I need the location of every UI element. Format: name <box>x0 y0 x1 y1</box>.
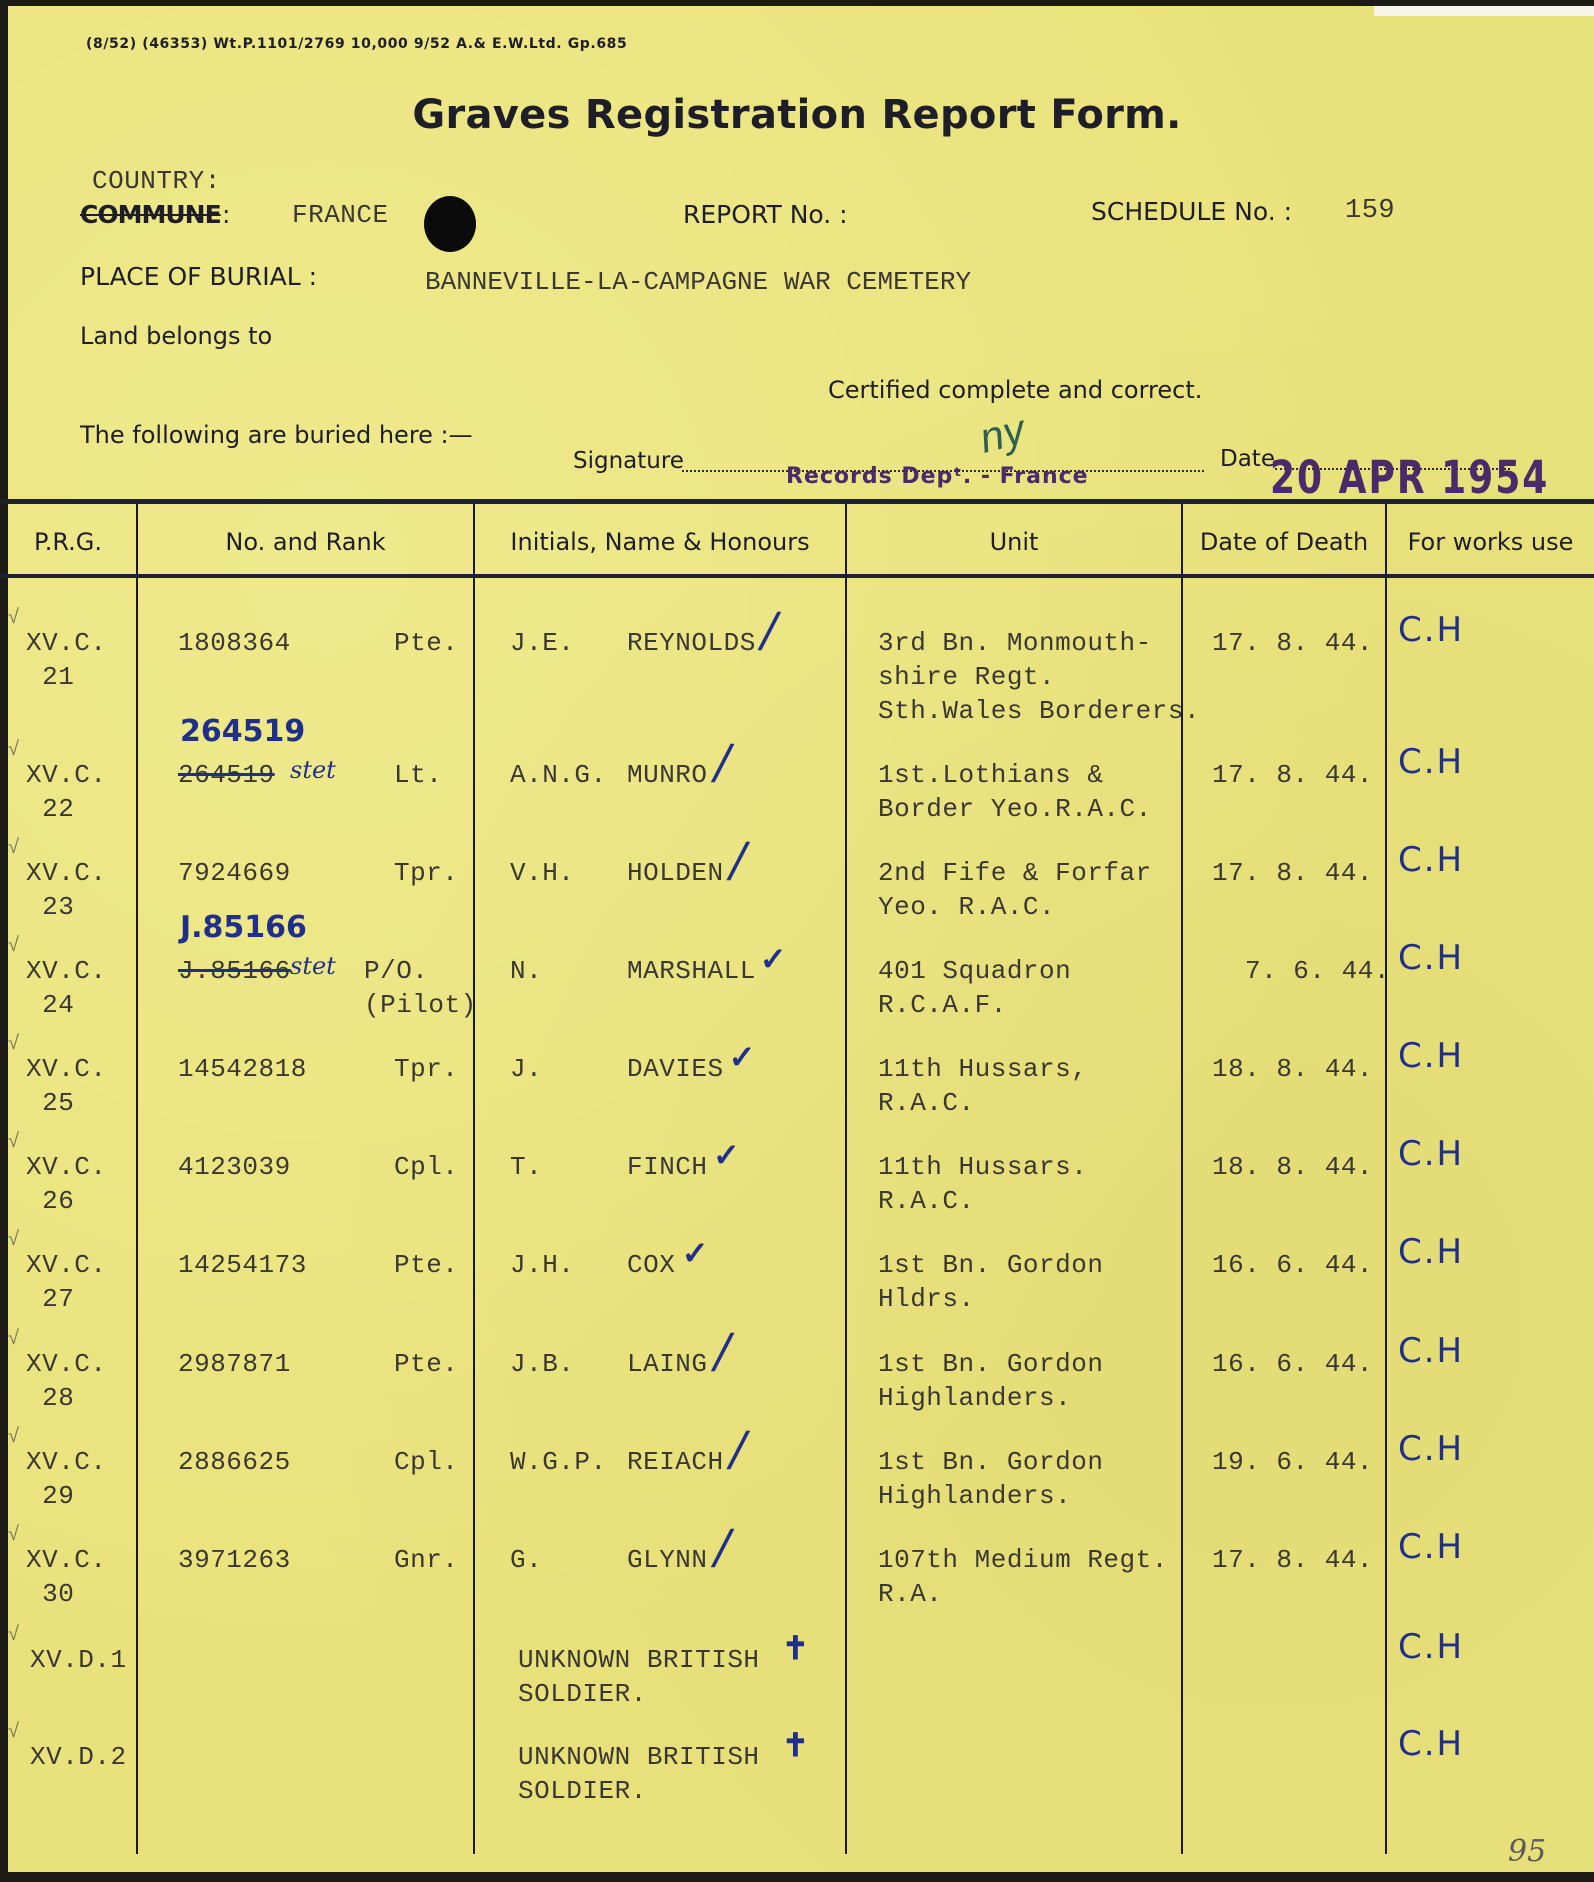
rank: Lt. <box>394 758 442 792</box>
header-prg: P.R.G. <box>0 528 136 556</box>
prg-cell: XV.C. 24 <box>26 954 107 1022</box>
works-use-initials: C.H <box>1398 1036 1464 1076</box>
surname: COX <box>627 1248 675 1282</box>
rank: Tpr. <box>394 1052 458 1086</box>
verified-check-icon: ╱ <box>729 1431 748 1469</box>
verified-check-icon: ✓ <box>760 940 787 978</box>
rank: P/O. (Pilot) <box>364 954 477 1022</box>
works-use-initials: C.H <box>1398 1232 1464 1272</box>
service-number: 3971263 <box>178 1543 291 1577</box>
unit: 11th Hussars, R.A.C. <box>878 1052 1087 1120</box>
initials: V.H. <box>510 856 574 890</box>
works-use-initials: C.H <box>1398 938 1464 978</box>
works-use-initials: C.H <box>1398 840 1464 880</box>
unit: 1st Bn. Gordon Hldrs. <box>878 1248 1103 1316</box>
column-divider <box>136 504 138 1854</box>
verified-check-icon: ╱ <box>760 612 779 650</box>
unit: 2nd Fife & Forfar Yeo. R.A.C. <box>878 856 1152 924</box>
country-label: COUNTRY: <box>92 166 221 196</box>
verified-check-icon: ✝ <box>782 1726 809 1764</box>
date-stamp: 20 APR 1954 <box>1270 453 1549 504</box>
country-value: FRANCE <box>292 200 389 230</box>
column-divider <box>473 504 475 1854</box>
unit: 11th Hussars. R.A.C. <box>878 1150 1087 1218</box>
paper-corner <box>1374 6 1594 16</box>
prg-cell: XV.C. 29 <box>26 1445 107 1513</box>
number-correction: 264519 <box>180 714 305 749</box>
works-use-initials: C.H <box>1398 1429 1464 1469</box>
surname: REIACH <box>627 1445 724 1479</box>
date-of-death: 16. 6. 44. <box>1212 1248 1373 1282</box>
service-number-struck: J.85166 <box>178 954 291 988</box>
verified-check-icon: ╱ <box>713 1529 732 1567</box>
date-of-death: 18. 8. 44. <box>1212 1150 1373 1184</box>
service-number: 1808364 <box>178 626 291 660</box>
row-tick-mark: √ <box>8 1623 19 1646</box>
initials: J.B. <box>510 1347 574 1381</box>
surname: LAING <box>627 1347 708 1381</box>
row-tick-mark: √ <box>8 1425 19 1448</box>
verified-check-icon: ✓ <box>729 1038 756 1076</box>
date-of-death: 17. 8. 44. <box>1212 856 1373 890</box>
rank: Cpl. <box>394 1150 458 1184</box>
buried-here-label: The following are buried here :— <box>80 421 473 449</box>
surname: UNKNOWN BRITISH SOLDIER. <box>518 1740 760 1808</box>
report-no-label: REPORT No. : <box>683 200 848 229</box>
initials: A.N.G. <box>510 758 607 792</box>
initials: W.G.P. <box>510 1445 607 1479</box>
printer-reference: (8/52) (46353) Wt.P.1101/2769 10,000 9/5… <box>86 36 627 52</box>
header-unit: Unit <box>847 528 1181 556</box>
commune-colon: : <box>222 200 230 229</box>
service-number: 14254173 <box>178 1248 307 1282</box>
header-works-use: For works use <box>1387 528 1594 556</box>
initials: N. <box>510 954 542 988</box>
paper-bottom-edge <box>0 1872 1594 1882</box>
header-name-honours: Initials, Name & Honours <box>475 528 845 556</box>
prg-cell: XV.C. 21 <box>26 626 107 694</box>
column-divider <box>845 504 847 1854</box>
unit: 401 Squadron R.C.A.F. <box>878 954 1071 1022</box>
date-of-death: 18. 8. 44. <box>1212 1052 1373 1086</box>
unit: 1st Bn. Gordon Highlanders. <box>878 1347 1103 1415</box>
works-use-initials: C.H <box>1398 1134 1464 1174</box>
verified-check-icon: ╱ <box>713 1333 732 1371</box>
row-tick-mark: √ <box>8 1720 19 1743</box>
records-dept-stamp: Records Depᵗ. - France <box>786 464 1089 489</box>
stet-note: stet <box>290 756 336 784</box>
service-number: 14542818 <box>178 1052 307 1086</box>
surname: HOLDEN <box>627 856 724 890</box>
service-number: 2886625 <box>178 1445 291 1479</box>
row-tick-mark: √ <box>8 1228 19 1251</box>
row-tick-mark: √ <box>8 738 19 761</box>
verified-check-icon: ╱ <box>729 842 748 880</box>
stet-note: stet <box>290 952 336 980</box>
date-of-death: 7. 6. 44. <box>1245 954 1390 988</box>
number-correction: J.85166 <box>180 910 307 945</box>
table-header-rule <box>0 574 1594 578</box>
row-tick-mark: √ <box>8 836 19 859</box>
surname: FINCH <box>627 1150 708 1184</box>
unit: 3rd Bn. Monmouth- shire Regt. Sth.Wales … <box>878 626 1200 728</box>
initials: J.H. <box>510 1248 574 1282</box>
works-use-initials: C.H <box>1398 1724 1464 1764</box>
unit: 107th Medium Regt. R.A. <box>878 1543 1168 1611</box>
date-of-death: 19. 6. 44. <box>1212 1445 1373 1479</box>
prg-cell: XV.C. 22 <box>26 758 107 826</box>
surname: MARSHALL <box>627 954 756 988</box>
table-top-rule <box>0 499 1594 504</box>
row-tick-mark: √ <box>8 1032 19 1055</box>
prg-cell: XV.C. 23 <box>26 856 107 924</box>
initials: J. <box>510 1052 542 1086</box>
punch-hole <box>424 196 476 252</box>
service-number-struck: 264519 <box>178 758 275 792</box>
page-title: Graves Registration Report Form. <box>0 92 1594 138</box>
works-use-initials: C.H <box>1398 610 1464 650</box>
prg-cell: XV.C. 25 <box>26 1052 107 1120</box>
verified-check-icon: ✓ <box>682 1234 709 1272</box>
service-number: 7924669 <box>178 856 291 890</box>
certified-statement: Certified complete and correct. <box>828 376 1202 404</box>
surname: DAVIES <box>627 1052 724 1086</box>
surname: MUNRO <box>627 758 708 792</box>
prg-cell: XV.C. 28 <box>26 1347 107 1415</box>
verified-check-icon: ╱ <box>713 744 732 782</box>
row-tick-mark: √ <box>8 934 19 957</box>
works-use-initials: C.H <box>1398 1627 1464 1667</box>
signature-label: Signature <box>573 448 684 474</box>
header-number-rank: No. and Rank <box>138 528 473 556</box>
rank: Tpr. <box>394 856 458 890</box>
row-tick-mark: √ <box>8 1523 19 1546</box>
surname: REYNOLDS <box>627 626 756 660</box>
surname: GLYNN <box>627 1543 708 1577</box>
page-number: 95 <box>1508 1834 1546 1869</box>
initials: J.E. <box>510 626 574 660</box>
date-of-death: 16. 6. 44. <box>1212 1347 1373 1381</box>
date-label: Date <box>1220 446 1275 472</box>
works-use-initials: C.H <box>1398 742 1464 782</box>
row-tick-mark: √ <box>8 606 19 629</box>
surname: UNKNOWN BRITISH SOLDIER. <box>518 1643 760 1711</box>
unit: 1st.Lothians & Border Yeo.R.A.C. <box>878 758 1152 826</box>
land-belongs-label: Land belongs to <box>80 322 272 350</box>
prg-cell: XV.C. 27 <box>26 1248 107 1316</box>
rank: Cpl. <box>394 1445 458 1479</box>
initials: G. <box>510 1543 542 1577</box>
place-of-burial-value: BANNEVILLE-LA-CAMPAGNE WAR CEMETERY <box>425 267 971 297</box>
date-of-death: 17. 8. 44. <box>1212 758 1373 792</box>
rank: Pte. <box>394 1347 458 1381</box>
rank: Gnr. <box>394 1543 458 1577</box>
header-date-of-death: Date of Death <box>1183 528 1385 556</box>
service-number: 2987871 <box>178 1347 291 1381</box>
prg-cell: XV.C. 26 <box>26 1150 107 1218</box>
commune-label: COMMUNE <box>80 200 221 229</box>
date-of-death: 17. 8. 44. <box>1212 626 1373 660</box>
verified-check-icon: ✝ <box>782 1629 809 1667</box>
works-use-initials: C.H <box>1398 1527 1464 1567</box>
initials: T. <box>510 1150 542 1184</box>
row-tick-mark: √ <box>8 1327 19 1350</box>
column-divider <box>1385 504 1387 1854</box>
row-tick-mark: √ <box>8 1130 19 1153</box>
prg-cell: XV.C. 30 <box>26 1543 107 1611</box>
place-of-burial-label: PLACE OF BURIAL : <box>80 262 317 291</box>
works-use-initials: C.H <box>1398 1331 1464 1371</box>
schedule-no-label: SCHEDULE No. : <box>1091 197 1292 226</box>
unit: 1st Bn. Gordon Highlanders. <box>878 1445 1103 1513</box>
rank: Pte. <box>394 1248 458 1282</box>
prg-cell: XV.D.1 <box>30 1643 127 1677</box>
prg-cell: XV.D.2 <box>30 1740 127 1774</box>
rank: Pte. <box>394 626 458 660</box>
date-of-death: 17. 8. 44. <box>1212 1543 1373 1577</box>
schedule-no-value: 159 <box>1345 196 1395 226</box>
verified-check-icon: ✓ <box>713 1136 740 1174</box>
service-number: 4123039 <box>178 1150 291 1184</box>
